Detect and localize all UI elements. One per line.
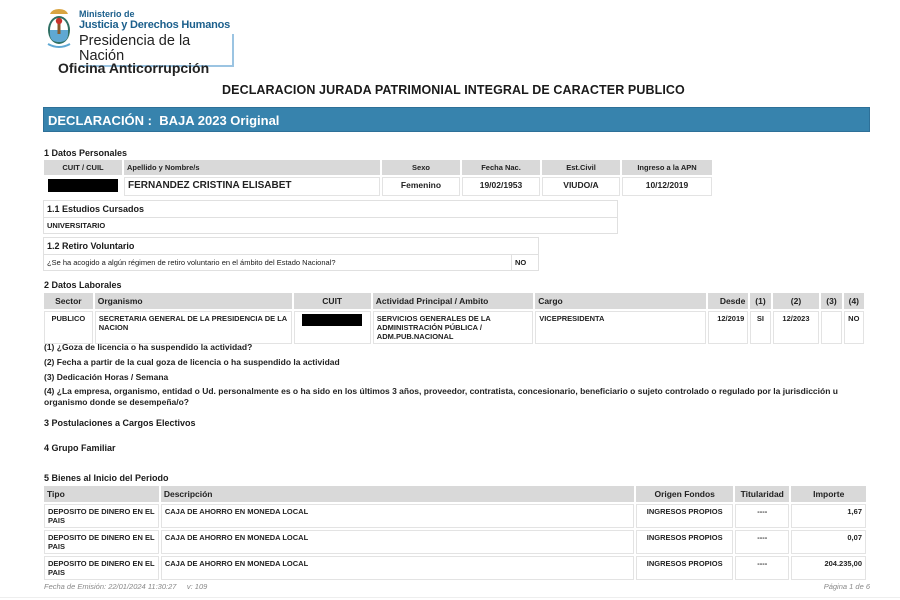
cargo-cell: VICEPRESIDENTA [535, 311, 706, 344]
table-row: FERNANDEZ CRISTINA ELISABET Femenino 19/… [44, 177, 712, 196]
declaration-value: BAJA 2023 Original [159, 113, 279, 128]
retiro-question: ¿Se ha acogido a algún régimen de retiro… [44, 255, 512, 270]
descripcion-cell: CAJA DE AHORRO EN MONEDA LOCAL [161, 504, 634, 528]
ingreso-apn-cell: 10/12/2019 [622, 177, 712, 196]
header-nombre: Apellido y Nombre/s [124, 160, 380, 175]
header-origen-fondos: Origen Fondos [636, 486, 733, 502]
note-3: (3) Dedicación Horas / Semana [44, 372, 168, 383]
tipo-cell: DEPOSITO DE DINERO EN EL PAIS [44, 504, 159, 528]
titularidad-cell: ---- [735, 556, 789, 580]
redacted-cuit [48, 179, 118, 192]
actividad-cell: SERVICIOS GENERALES DE LA ADMINISTRACIÓN… [373, 311, 533, 344]
cuit-cell [294, 311, 371, 344]
section-title-estudios: 1.1 Estudios Cursados [44, 201, 617, 218]
declaration-banner: DECLARACIÓN : BAJA 2023 Original [43, 107, 870, 132]
estudios-value: UNIVERSITARIO [44, 218, 617, 233]
assets-table: Tipo Descripción Origen Fondos Titularid… [42, 484, 868, 582]
note-4: (4) ¿La empresa, organismo, entidad o Ud… [44, 386, 844, 408]
fecha-nac-cell: 19/02/1953 [462, 177, 540, 196]
header-ingreso-apn: Ingreso a la APN [622, 160, 712, 175]
personal-data-table: CUIT / CUIL Apellido y Nombre/s Sexo Fec… [42, 158, 714, 198]
importe-cell: 204.235,00 [791, 556, 866, 580]
titularidad-cell: ---- [735, 530, 789, 554]
section-title-bienes: 5 Bienes al Inicio del Periodo [44, 473, 169, 483]
col2-cell: 12/2023 [773, 311, 820, 344]
header-est-civil: Est.Civil [542, 160, 620, 175]
emission-date: Fecha de Emisión: 22/01/2024 11:30:27 v:… [44, 582, 207, 591]
header-cargo: Cargo [535, 293, 706, 309]
est-civil-cell: VIUDO/A [542, 177, 620, 196]
section-title-grupo-familiar: 4 Grupo Familiar [44, 443, 116, 453]
header-sector: Sector [44, 293, 93, 309]
header-desde: Desde [708, 293, 749, 309]
retiro-box: 1.2 Retiro Voluntario ¿Se ha acogido a a… [43, 237, 539, 271]
header-col3: (3) [821, 293, 841, 309]
organismo-cell: SECRETARIA GENERAL DE LA PRESIDENCIA DE … [95, 311, 292, 344]
logo-ministry-name: Justicia y Derechos Humanos [79, 20, 234, 31]
titularidad-cell: ---- [735, 504, 789, 528]
document-title: DECLARACION JURADA PATRIMONIAL INTEGRAL … [222, 83, 685, 97]
importe-cell: 0,07 [791, 530, 866, 554]
importe-cell: 1,67 [791, 504, 866, 528]
header-cuit-cuil: CUIT / CUIL [44, 160, 122, 175]
cuit-cell [44, 177, 122, 196]
header-sexo: Sexo [382, 160, 460, 175]
retiro-answer: NO [512, 255, 538, 270]
office-name: Oficina Anticorrupción [58, 60, 209, 76]
section-title-datos-personales: 1 Datos Personales [44, 148, 127, 158]
declaration-label: DECLARACIÓN : [48, 113, 152, 128]
table-row: DEPOSITO DE DINERO EN EL PAIS CAJA DE AH… [44, 530, 866, 554]
origen-cell: INGRESOS PROPIOS [636, 530, 733, 554]
table-row: DEPOSITO DE DINERO EN EL PAIS CAJA DE AH… [44, 504, 866, 528]
table-row: DEPOSITO DE DINERO EN EL PAIS CAJA DE AH… [44, 556, 866, 580]
col4-cell: NO [844, 311, 864, 344]
logo-ministry-line: Ministerio de [79, 10, 234, 19]
col1-cell: SI [750, 311, 770, 344]
ministry-logo: Ministerio de Justicia y Derechos Humano… [44, 6, 234, 54]
header-fecha-nac: Fecha Nac. [462, 160, 540, 175]
estudios-box: 1.1 Estudios Cursados UNIVERSITARIO [43, 200, 618, 234]
origen-cell: INGRESOS PROPIOS [636, 556, 733, 580]
note-1: (1) ¿Goza de licencia o ha suspendido la… [44, 342, 252, 353]
header-titularidad: Titularidad [735, 486, 789, 502]
table-row: PUBLICO SECRETARIA GENERAL DE LA PRESIDE… [44, 311, 864, 344]
header-col4: (4) [844, 293, 864, 309]
header-col2: (2) [773, 293, 820, 309]
sector-cell: PUBLICO [44, 311, 93, 344]
descripcion-cell: CAJA DE AHORRO EN MONEDA LOCAL [161, 556, 634, 580]
page-bottom-divider [0, 597, 900, 598]
section-title-retiro: 1.2 Retiro Voluntario [44, 238, 538, 255]
note-2: (2) Fecha a partir de la cual goza de li… [44, 357, 340, 368]
header-importe: Importe [791, 486, 866, 502]
sexo-cell: Femenino [382, 177, 460, 196]
header-descripcion: Descripción [161, 486, 634, 502]
redacted-cuit [302, 314, 362, 326]
header-organismo: Organismo [95, 293, 292, 309]
labor-data-table: Sector Organismo CUIT Actividad Principa… [42, 291, 866, 346]
origen-cell: INGRESOS PROPIOS [636, 504, 733, 528]
nombre-cell: FERNANDEZ CRISTINA ELISABET [124, 177, 380, 196]
col3-cell [821, 311, 841, 344]
argentina-coat-of-arms-icon [44, 6, 74, 50]
tipo-cell: DEPOSITO DE DINERO EN EL PAIS [44, 530, 159, 554]
tipo-cell: DEPOSITO DE DINERO EN EL PAIS [44, 556, 159, 580]
header-tipo: Tipo [44, 486, 159, 502]
descripcion-cell: CAJA DE AHORRO EN MONEDA LOCAL [161, 530, 634, 554]
header-col1: (1) [750, 293, 770, 309]
header-actividad: Actividad Principal / Ambito [373, 293, 533, 309]
section-title-datos-laborales: 2 Datos Laborales [44, 280, 122, 290]
desde-cell: 12/2019 [708, 311, 749, 344]
page-number: Página 1 de 6 [824, 582, 870, 591]
section-title-postulaciones: 3 Postulaciones a Cargos Electivos [44, 418, 196, 428]
header-cuit: CUIT [294, 293, 371, 309]
retiro-row: ¿Se ha acogido a algún régimen de retiro… [44, 255, 538, 270]
